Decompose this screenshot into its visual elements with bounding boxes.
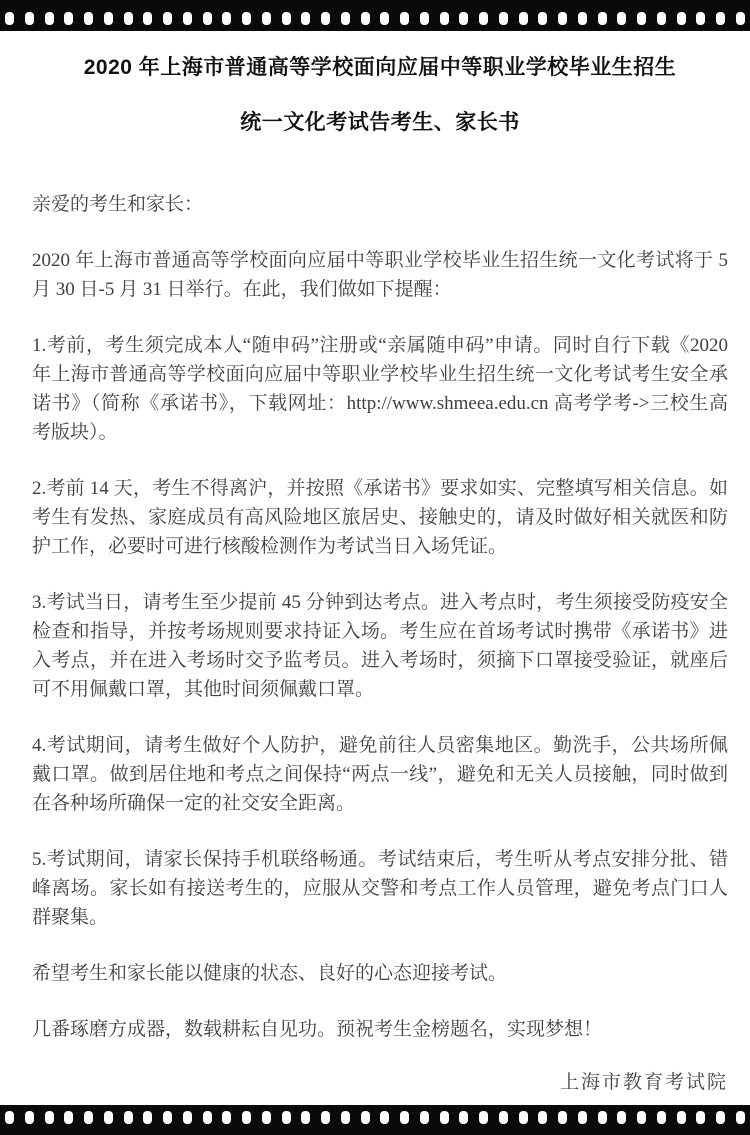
film-perforation — [400, 12, 409, 25]
film-perforation — [598, 12, 607, 25]
film-perforation — [716, 1111, 725, 1124]
film-perforation — [696, 12, 705, 25]
notice-item-5: 5.考试期间，请家长保持手机联络畅通。考试结束后，考生听从考点安排分批、错峰离场… — [32, 845, 728, 932]
film-perforation — [25, 1111, 34, 1124]
film-perforation — [459, 12, 468, 25]
document-body: 2020 年上海市普通高等学校面向应届中等职业学校毕业生招生 统一文化考试告考生… — [0, 31, 750, 1105]
film-perforation — [222, 12, 231, 25]
film-perforation — [262, 1111, 271, 1124]
film-perforation — [183, 12, 192, 25]
film-perforation — [183, 1111, 192, 1124]
film-perforation — [657, 12, 666, 25]
notice-item-1: 1.考前，考生须完成本人“随申码”注册或“亲属随申码”申请。同时自行下载《202… — [32, 331, 728, 447]
film-perforation — [380, 1111, 389, 1124]
film-perforation — [479, 12, 488, 25]
filmstrip-top-border — [0, 0, 750, 31]
film-perforation — [380, 12, 389, 25]
film-perforation — [558, 1111, 567, 1124]
film-perforation — [321, 1111, 330, 1124]
film-perforation — [637, 1111, 646, 1124]
film-perforation — [677, 1111, 686, 1124]
film-perforation — [143, 12, 152, 25]
film-perforation — [716, 12, 725, 25]
film-perforation — [578, 12, 587, 25]
film-perforation — [124, 12, 133, 25]
notice-item-2: 2.考前 14 天，考生不得离沪，并按照《承诺书》要求如实、完整填写相关信息。如… — [32, 474, 728, 561]
filmstrip-bottom-border — [0, 1105, 750, 1135]
film-perforation — [420, 1111, 429, 1124]
film-perforation — [420, 12, 429, 25]
notice-item-3: 3.考试当日，请考生至少提前 45 分钟到达考点。进入考点时，考生须接受防疫安全… — [32, 588, 728, 704]
film-perforation — [203, 1111, 212, 1124]
notice-item-4: 4.考试期间，请考生做好个人防护，避免前往人员密集地区。勤洗手，公共场所佩戴口罩… — [32, 731, 728, 818]
film-perforation — [104, 12, 113, 25]
film-perforation — [736, 1111, 745, 1124]
film-perforation — [578, 1111, 587, 1124]
notice-document-page: 2020 年上海市普通高等学校面向应届中等职业学校毕业生招生 统一文化考试告考生… — [0, 0, 750, 1135]
film-perforation — [637, 12, 646, 25]
closing-blessing: 几番琢磨方成器，数载耕耘自见功。预祝考生金榜题名，实现梦想！ — [32, 1015, 728, 1044]
film-perforation — [440, 1111, 449, 1124]
film-perforation — [736, 12, 745, 25]
film-perforation — [617, 12, 626, 25]
film-perforation — [163, 12, 172, 25]
film-perforation — [84, 1111, 93, 1124]
film-perforation — [400, 1111, 409, 1124]
film-perforation — [440, 12, 449, 25]
film-perforation — [499, 1111, 508, 1124]
closing-wish: 希望考生和家长能以健康的状态、良好的心态迎接考试。 — [32, 959, 728, 988]
film-perforation — [301, 1111, 310, 1124]
film-perforation — [657, 1111, 666, 1124]
film-perforation — [124, 1111, 133, 1124]
film-perforation — [222, 1111, 231, 1124]
film-perforation — [84, 12, 93, 25]
film-perforation — [282, 12, 291, 25]
film-perforation — [361, 1111, 370, 1124]
film-perforation — [696, 1111, 705, 1124]
intro-paragraph: 2020 年上海市普通高等学校面向应届中等职业学校毕业生招生统一文化考试将于 5… — [32, 246, 728, 304]
film-perforation — [104, 1111, 113, 1124]
film-perforation — [45, 12, 54, 25]
film-perforation — [242, 12, 251, 25]
film-perforation — [143, 1111, 152, 1124]
film-perforation — [5, 12, 14, 25]
film-perforation — [459, 1111, 468, 1124]
film-perforation — [519, 12, 528, 25]
salutation: 亲爱的考生和家长： — [32, 190, 728, 219]
film-perforation — [163, 1111, 172, 1124]
film-perforation — [262, 12, 271, 25]
film-perforation — [282, 1111, 291, 1124]
film-perforation — [45, 1111, 54, 1124]
film-perforation — [519, 1111, 528, 1124]
film-perforation — [301, 12, 310, 25]
film-perforation — [64, 12, 73, 25]
film-perforation — [538, 12, 547, 25]
film-perforation — [321, 12, 330, 25]
film-perforation — [242, 1111, 251, 1124]
film-perforation — [341, 12, 350, 25]
film-perforation — [203, 12, 212, 25]
film-perforation — [341, 1111, 350, 1124]
film-perforation — [617, 1111, 626, 1124]
film-perforation — [677, 12, 686, 25]
film-perforation — [64, 1111, 73, 1124]
film-perforation — [499, 12, 508, 25]
film-perforation — [538, 1111, 547, 1124]
film-perforation — [5, 1111, 14, 1124]
film-perforation — [479, 1111, 488, 1124]
document-title-line2: 统一文化考试告考生、家长书 — [32, 112, 728, 134]
film-perforation — [558, 12, 567, 25]
film-perforation — [598, 1111, 607, 1124]
issuer-signature: 上海市教育考试院 — [32, 1068, 728, 1097]
document-title-line1: 2020 年上海市普通高等学校面向应届中等职业学校毕业生招生 — [32, 57, 728, 79]
film-perforation — [361, 12, 370, 25]
film-perforation — [25, 12, 34, 25]
